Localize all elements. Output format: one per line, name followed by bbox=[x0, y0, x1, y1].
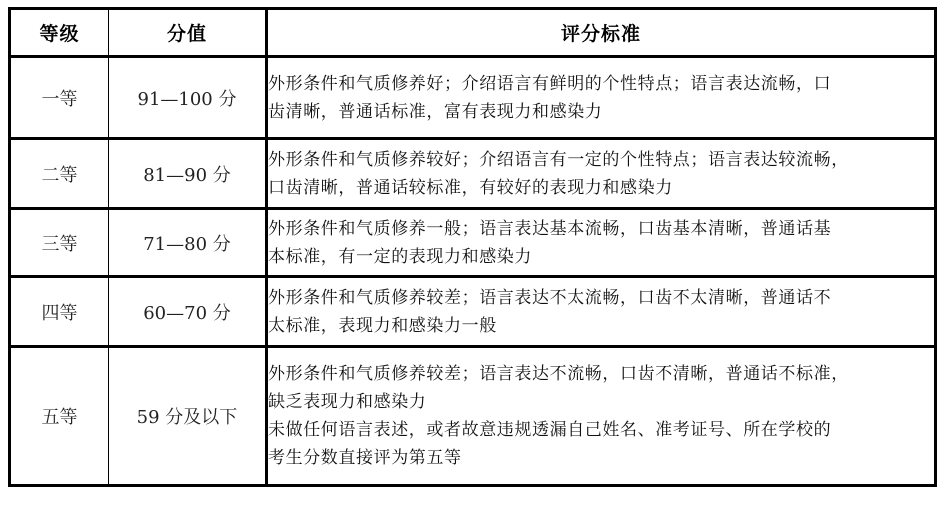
grade-cell: 一等 bbox=[10, 57, 109, 139]
grade-cell: 三等 bbox=[10, 209, 109, 277]
criteria-line: 缺乏表现力和感染力 bbox=[268, 388, 934, 416]
criteria-line: 齿清晰，普通话标准，富有表现力和感染力 bbox=[268, 98, 934, 126]
header-criteria: 评分标准 bbox=[267, 9, 936, 57]
table-header-row: 等级 分值 评分标准 bbox=[10, 9, 936, 57]
criteria-line: 未做任何语言表述，或者故意违规透漏自己姓名、准考证号、所在学校的 bbox=[268, 416, 934, 444]
criteria-line: 考生分数直接评为第五等 bbox=[268, 444, 934, 472]
criteria-line: 外形条件和气质修养较差；语言表达不太流畅，口齿不太清晰，普通话不 bbox=[268, 284, 934, 312]
grade-cell: 五等 bbox=[10, 347, 109, 486]
criteria-line: 外形条件和气质修养较好；介绍语言有一定的个性特点；语言表达较流畅， bbox=[268, 146, 934, 174]
criteria-line: 外形条件和气质修养较差；语言表达不流畅，口齿不清晰，普通话不标准， bbox=[268, 360, 934, 388]
table-row: 三等 71—80 分 外形条件和气质修养一般；语言表达基本流畅，口齿基本清晰，普… bbox=[10, 209, 936, 277]
header-grade: 等级 bbox=[10, 9, 109, 57]
criteria-line: 外形条件和气质修养一般；语言表达基本流畅，口齿基本清晰，普通话基 bbox=[268, 215, 934, 243]
score-cell: 71—80 分 bbox=[109, 209, 267, 277]
score-cell: 59 分及以下 bbox=[109, 347, 267, 486]
grade-cell: 二等 bbox=[10, 139, 109, 209]
criteria-cell: 外形条件和气质修养一般；语言表达基本流畅，口齿基本清晰，普通话基 本标准，有一定… bbox=[267, 209, 936, 277]
criteria-cell: 外形条件和气质修养较差；语言表达不太流畅，口齿不太清晰，普通话不 太标准，表现力… bbox=[267, 277, 936, 347]
table-row: 四等 60—70 分 外形条件和气质修养较差；语言表达不太流畅，口齿不太清晰，普… bbox=[10, 277, 936, 347]
criteria-cell: 外形条件和气质修养较差；语言表达不流畅，口齿不清晰，普通话不标准， 缺乏表现力和… bbox=[267, 347, 936, 486]
score-cell: 81—90 分 bbox=[109, 139, 267, 209]
score-cell: 60—70 分 bbox=[109, 277, 267, 347]
table-row: 一等 91—100 分 外形条件和气质修养好；介绍语言有鲜明的个性特点；语言表达… bbox=[10, 57, 936, 139]
table-row: 五等 59 分及以下 外形条件和气质修养较差；语言表达不流畅，口齿不清晰，普通话… bbox=[10, 347, 936, 486]
criteria-cell: 外形条件和气质修养好；介绍语言有鲜明的个性特点；语言表达流畅，口 齿清晰，普通话… bbox=[267, 57, 936, 139]
criteria-line: 外形条件和气质修养好；介绍语言有鲜明的个性特点；语言表达流畅，口 bbox=[268, 70, 934, 98]
criteria-cell: 外形条件和气质修养较好；介绍语言有一定的个性特点；语言表达较流畅， 口齿清晰，普… bbox=[267, 139, 936, 209]
header-score: 分值 bbox=[109, 9, 267, 57]
criteria-line: 本标准，有一定的表现力和感染力 bbox=[268, 243, 934, 271]
table-row: 二等 81—90 分 外形条件和气质修养较好；介绍语言有一定的个性特点；语言表达… bbox=[10, 139, 936, 209]
criteria-line: 口齿清晰，普通话较标准，有较好的表现力和感染力 bbox=[268, 174, 934, 202]
score-cell: 91—100 分 bbox=[109, 57, 267, 139]
grade-cell: 四等 bbox=[10, 277, 109, 347]
criteria-line: 太标准，表现力和感染力一般 bbox=[268, 312, 934, 340]
grading-criteria-table: 等级 分值 评分标准 一等 91—100 分 外形条件和气质修养好；介绍语言有鲜… bbox=[8, 7, 937, 487]
